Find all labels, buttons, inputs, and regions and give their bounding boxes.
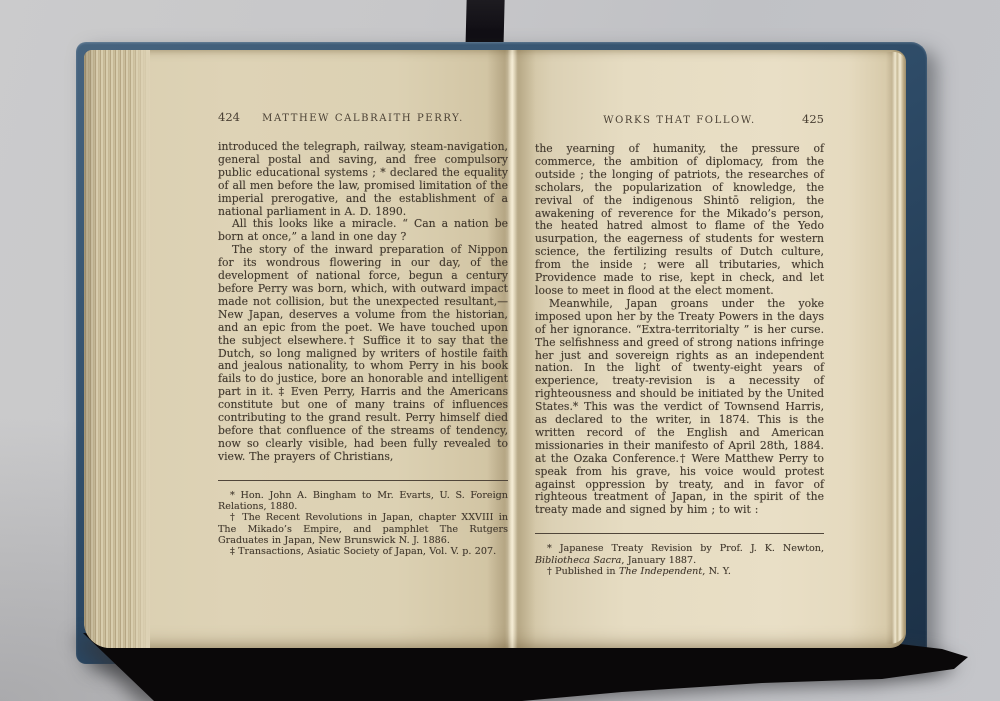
right-body-text: the yearning of humanity, the pressure o… [535, 143, 824, 517]
footnote: * Japanese Treaty Revision by Prof. J. K… [535, 543, 824, 566]
footnote-text: * Japanese Treaty Revision by Prof. J. K… [547, 543, 824, 554]
page-stack-fore-edge [84, 50, 150, 648]
left-running-header-title: MATTHEW CALBRAITH PERRY. [254, 113, 472, 124]
footnote-separator [218, 480, 508, 481]
left-footnotes: * Hon. John A. Bingham to Mr. Evarts, U.… [218, 490, 508, 558]
left-page-number: 424 [218, 110, 254, 124]
body-paragraph: the yearning of humanity, the pressure o… [535, 143, 824, 298]
left-running-head: 424 MATTHEW CALBRAITH PERRY. [218, 110, 508, 124]
right-running-header-title: WORKS THAT FOLLOW. [571, 115, 788, 126]
right-page: WORKS THAT FOLLOW. 425 the yearning of h… [535, 112, 824, 577]
body-paragraph: Meanwhile, Japan groans under the yoke i… [535, 298, 824, 517]
body-paragraph: The story of the inward preparation of N… [218, 244, 508, 463]
right-page-edge-steps [886, 52, 906, 644]
body-paragraph: All this looks like a miracle. “ Can a n… [218, 218, 508, 244]
left-page: 424 MATTHEW CALBRAITH PERRY. introduced … [218, 110, 508, 557]
right-footnotes: * Japanese Treaty Revision by Prof. J. K… [535, 543, 824, 577]
right-running-head: WORKS THAT FOLLOW. 425 [535, 112, 824, 126]
body-paragraph: introduced the telegraph, railway, steam… [218, 141, 508, 218]
footnote-italic-title: The Independent [619, 566, 702, 577]
footnote-italic-title: Bibliotheca Sacra [535, 555, 621, 566]
footnote-separator [535, 533, 824, 534]
footnote-text: † Published in [547, 566, 619, 577]
right-page-number: 425 [788, 112, 824, 126]
footnote: * Hon. John A. Bingham to Mr. Evarts, U.… [218, 490, 508, 513]
left-body-text: introduced the telegraph, railway, steam… [218, 141, 508, 464]
footnote-text: , January 1887. [621, 555, 696, 566]
footnote: ‡ Transactions, Asiatic Society of Japan… [218, 546, 508, 557]
footnote: † Published in The Independent, N. Y. [535, 566, 824, 577]
footnote: † The Recent Revolutions in Japan, chapt… [218, 512, 508, 546]
book-photo-scene: 424 MATTHEW CALBRAITH PERRY. introduced … [0, 0, 1000, 701]
footnote-text: , N. Y. [702, 566, 731, 577]
